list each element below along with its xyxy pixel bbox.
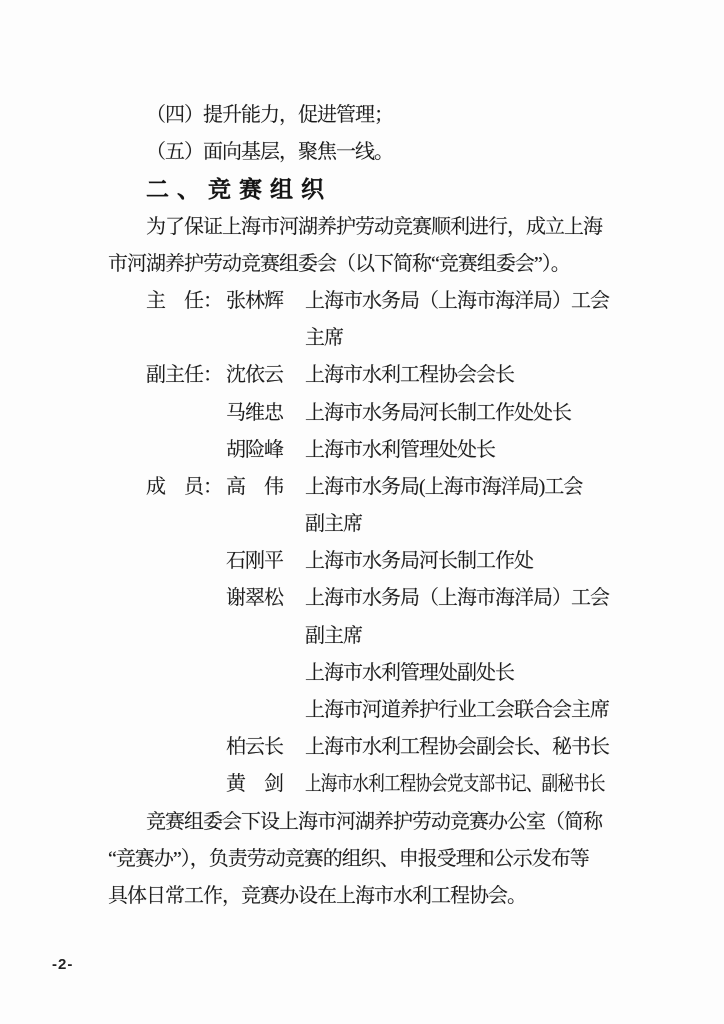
committee-member-row: 谢翠松上海市水务局（上海市海洋局）工会 [108, 580, 624, 617]
document-page: （四）提升能力，促进管理；（五）面向基层，聚焦一线。二、竞赛组织为了保证上海市河… [0, 0, 724, 1024]
paragraph-line: “竞赛办”），负责劳动竞赛的组织、申报受理和公示发布等 [108, 841, 624, 878]
committee-member-row: 主席 [108, 320, 624, 357]
member-name: 马维忠 [226, 395, 305, 432]
member-role: 成 员： [146, 469, 226, 506]
member-title: 上海市水利管理处处长 [305, 432, 495, 469]
committee-member-row: 黄 剑上海市水利工程协会党支部书记、副秘书长 [108, 766, 624, 803]
member-title: 上海市水务局（上海市海洋局）工会 [305, 283, 609, 320]
member-title: 上海市水务局（上海市海洋局）工会 [305, 580, 609, 617]
member-title: 上海市水务局河长制工作处处长 [305, 395, 571, 432]
paragraph-line: （四）提升能力，促进管理； [108, 97, 624, 134]
paragraph-line: （五）面向基层，聚焦一线。 [108, 134, 624, 171]
member-title: 副主席 [305, 618, 362, 655]
committee-member-row: 主 任：张林辉上海市水务局（上海市海洋局）工会 [108, 283, 624, 320]
paragraph-line: 为了保证上海市河湖养护劳动竞赛顺利进行，成立上海 [108, 209, 624, 246]
paragraph-line: 竞赛组委会下设上海市河湖养护劳动竞赛办公室（简称 [108, 804, 624, 841]
committee-member-row: 胡险峰上海市水利管理处处长 [108, 432, 624, 469]
paragraph-line: 市河湖养护劳动竞赛组委会（以下简称“竞赛组委会”）。 [108, 246, 624, 283]
member-name: 胡险峰 [226, 432, 305, 469]
document-body: （四）提升能力，促进管理；（五）面向基层，聚焦一线。二、竞赛组织为了保证上海市河… [108, 97, 624, 915]
member-title: 上海市水务局(上海市海洋局)工会 [305, 469, 582, 506]
member-title: 副主席 [305, 506, 362, 543]
member-role: 主 任： [146, 283, 226, 320]
member-title: 上海市水利工程协会党支部书记、副秘书长 [305, 766, 605, 803]
member-name: 沈依云 [226, 357, 305, 394]
member-name: 黄 剑 [226, 766, 305, 803]
section-heading: 二、竞赛组织 [108, 171, 624, 208]
page-number: -2- [52, 956, 73, 973]
member-title: 上海市水利工程协会副会长、秘书长 [305, 729, 609, 766]
member-name: 柏云长 [226, 729, 305, 766]
member-title: 上海市河道养护行业工会联合会主席 [305, 692, 609, 729]
member-name: 高 伟 [226, 469, 305, 506]
member-title: 上海市水利工程协会会长 [305, 357, 514, 394]
member-title: 主席 [305, 320, 343, 357]
committee-member-row: 石刚平上海市水务局河长制工作处 [108, 543, 624, 580]
member-title: 上海市水务局河长制工作处 [305, 543, 533, 580]
committee-member-row: 马维忠上海市水务局河长制工作处处长 [108, 395, 624, 432]
member-role: 副主任： [146, 357, 226, 394]
committee-member-row: 上海市河道养护行业工会联合会主席 [108, 692, 624, 729]
committee-member-row: 副主席 [108, 506, 624, 543]
committee-member-row: 副主任：沈依云上海市水利工程协会会长 [108, 357, 624, 394]
committee-member-row: 柏云长上海市水利工程协会副会长、秘书长 [108, 729, 624, 766]
member-name: 张林辉 [226, 283, 305, 320]
member-name: 谢翠松 [226, 580, 305, 617]
committee-member-row: 副主席 [108, 618, 624, 655]
paragraph-line: 具体日常工作，竞赛办设在上海市水利工程协会。 [108, 878, 624, 915]
member-name: 石刚平 [226, 543, 305, 580]
member-title: 上海市水利管理处副处长 [305, 655, 514, 692]
committee-member-row: 上海市水利管理处副处长 [108, 655, 624, 692]
committee-member-row: 成 员：高 伟上海市水务局(上海市海洋局)工会 [108, 469, 624, 506]
